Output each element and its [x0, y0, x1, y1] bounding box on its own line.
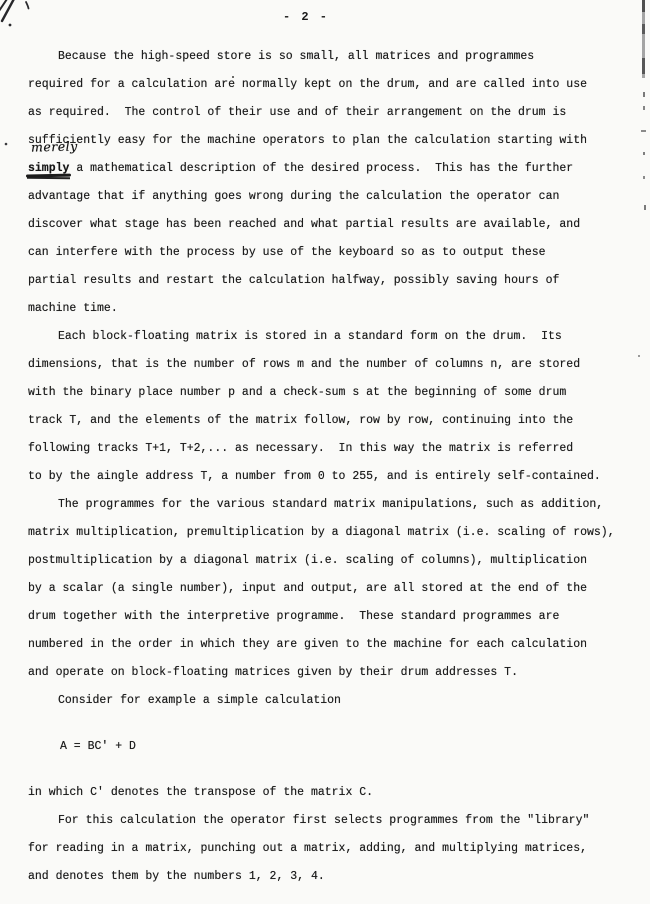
text-line: discover what stage has been reached and… — [28, 211, 628, 239]
text-line: as required. The control of their use an… — [28, 99, 628, 127]
text-line: can interfere with the process by use of… — [28, 239, 628, 267]
text-line: and denotes them by the numbers 1, 2, 3,… — [28, 863, 628, 891]
text-line: for reading in a matrix, punching out a … — [28, 835, 628, 863]
text-line: The programmes for the various standard … — [28, 491, 628, 519]
text-line: Consider for example a simple calculatio… — [28, 687, 628, 715]
text-line: advantage that if anything goes wrong du… — [28, 183, 628, 211]
text-line: partial results and restart the calculat… — [28, 267, 628, 295]
document-page: - 2 - Because the high-speed store is so… — [0, 0, 650, 904]
text-line: and operate on block-floating matrices g… — [28, 659, 628, 687]
line-text: a mathematical description of the desire… — [69, 162, 573, 175]
text-line-with-edit: merelysimply a mathematical description … — [28, 155, 628, 183]
text-line: dimensions, that is the number of rows m… — [28, 351, 628, 379]
text-line: by a scalar (a single number), input and… — [28, 575, 628, 603]
text-line: Each block-floating matrix is stored in … — [28, 323, 628, 351]
text-line: machine time. — [28, 295, 628, 323]
handwritten-insertion: merely — [31, 139, 78, 154]
text-line: with the binary place number p and a che… — [28, 379, 628, 407]
text-line: matrix multiplication, premultiplication… — [28, 519, 628, 547]
text-line: required for a calculation are normally … — [28, 71, 628, 99]
text-line: track T, and the elements of the matrix … — [28, 407, 628, 435]
text-line: to by the aingle address T, a number fro… — [28, 463, 628, 491]
text-line: in which C' denotes the transpose of the… — [28, 779, 628, 807]
scan-edge-artifact-icon — [634, 0, 650, 420]
page-number: - 2 - — [283, 10, 329, 24]
document-text: Because the high-speed store is so small… — [28, 43, 628, 891]
formula-line: A = BC' + D — [28, 733, 628, 761]
text-line: sufficiently easy for the machine operat… — [28, 127, 628, 155]
text-line: postmultiplication by a diagonal matrix … — [28, 547, 628, 575]
text-line: Because the high-speed store is so small… — [28, 43, 628, 71]
text-line: For this calculation the operator first … — [28, 807, 628, 835]
text-line: following tracks T+1, T+2,... as necessa… — [28, 435, 628, 463]
text-line: numbered in the order in which they are … — [28, 631, 628, 659]
struck-out-word: simply — [28, 162, 69, 175]
text-line: drum together with the interpretive prog… — [28, 603, 628, 631]
